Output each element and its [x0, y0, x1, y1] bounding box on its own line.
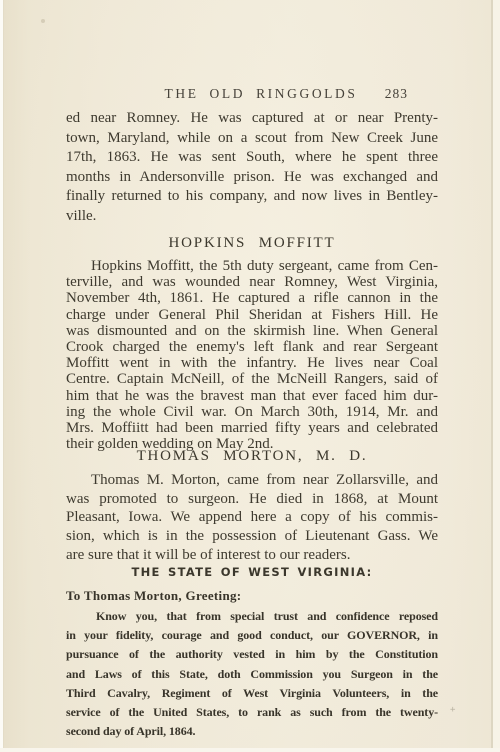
text-line: Crook charged the enemy's left flank and…: [66, 339, 438, 355]
text-line: Know you, that from special trust and co…: [66, 607, 438, 626]
text-line: Third Cavalry, Regiment of West Virginia…: [66, 684, 438, 703]
page-content: THE OLD RINGGOLDS 283 ed near Romney. He…: [66, 0, 438, 752]
text-line: terville, and was wounded near Romney, W…: [66, 274, 438, 290]
paragraph-hopkins: Hopkins Moffitt, the 5th duty sergeant, …: [66, 258, 438, 452]
text-line: sion, which is in the possession of Lieu…: [66, 527, 438, 546]
text-line: was dismounted and on the skirmish line.…: [66, 323, 438, 339]
text-line: town, Maryland, while on a scout from Ne…: [66, 129, 438, 149]
scan-edge-right-strip: [493, 0, 500, 752]
scan-edge-left: [0, 0, 4, 752]
book-page-scan: { "header": { "title": "THE OLD RINGGOLD…: [0, 0, 500, 752]
section-heading-morton: THOMAS MORTON, M. D.: [66, 448, 438, 465]
text-line: Mrs. Moffiitt had been married fifty yea…: [66, 420, 438, 436]
text-line: was promoted to surgeon. He died in 1868…: [66, 490, 438, 509]
text-line: November 4th, 1861. He captured a rifle …: [66, 290, 438, 306]
text-line: Pleasant, Iowa. We append here a copy of…: [66, 508, 438, 527]
scan-mark: +: [450, 706, 458, 714]
section-heading-hopkins: HOPKINS MOFFITT: [66, 235, 438, 252]
text-line: ed near Romney. He was captured at or ne…: [66, 109, 438, 129]
text-line: Centre. Captain McNeill, of the McNeill …: [66, 371, 438, 387]
text-line: are sure that it will be of interest to …: [66, 546, 438, 565]
text-line: ing the whole Civil war. On March 30th, …: [66, 404, 438, 420]
scan-speck: [41, 19, 45, 23]
running-header: THE OLD RINGGOLDS 283: [66, 86, 438, 102]
text-line: 17th, 1863. He was sent South, where he …: [66, 148, 438, 168]
text-line: second day of April, 1864.: [66, 722, 438, 741]
paragraph-morton: Thomas M. Morton, came from near Zollars…: [66, 471, 438, 565]
text-line: him that he was the bravest man that eve…: [66, 388, 438, 404]
text-line: finally returned to his company, and now…: [66, 187, 438, 207]
text-line: charge under General Phil Sheridan at Fi…: [66, 307, 438, 323]
page-number: 283: [385, 86, 408, 102]
commission-heading: THE STATE OF WEST VIRGINIA:: [66, 565, 438, 579]
text-line: Hopkins Moffitt, the 5th duty sergeant, …: [66, 258, 438, 274]
text-line: in your fidelity, courage and good condu…: [66, 626, 438, 645]
text-line: ville.: [66, 207, 438, 227]
paragraph-commission: Know you, that from special trust and co…: [66, 607, 438, 741]
text-line: Moffitt went in with the infantry. He li…: [66, 355, 438, 371]
paragraph-intro: ed near Romney. He was captured at or ne…: [66, 109, 438, 227]
text-line: months in Andersonville prison. He was e…: [66, 168, 438, 188]
text-line: service of the United States, to rank as…: [66, 703, 438, 722]
commission-salutation: To Thomas Morton, Greeting:: [66, 588, 438, 604]
text-line: and Laws of this State, doth Commission …: [66, 665, 438, 684]
text-line: Thomas M. Morton, came from near Zollars…: [66, 471, 438, 490]
text-line: pursuance of the authority vested in him…: [66, 645, 438, 664]
